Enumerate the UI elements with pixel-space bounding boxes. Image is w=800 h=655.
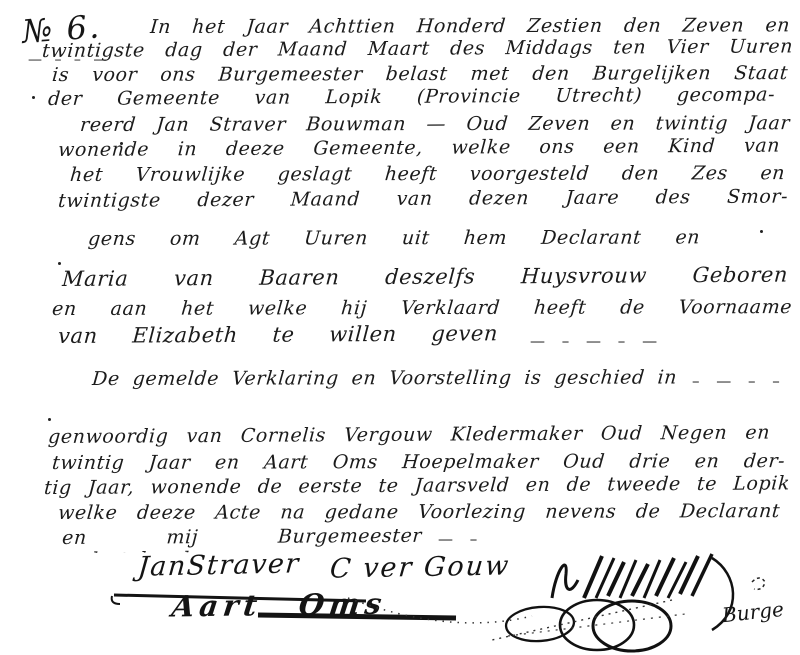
body-line: Maria van Baaren deszelfs Huysvrouw Gebo… — [61, 264, 789, 294]
burgemeester-signature-flourish — [340, 540, 795, 655]
declarant-signature: JanStraver — [137, 548, 301, 582]
body-line: der Gemeente van Lopik (Provincie Utrech… — [47, 84, 776, 114]
body-line: tig Jaar, wonende de eerste te Jaarsveld… — [43, 472, 791, 503]
body-line: en aan het welke hij Verklaard heeft de … — [51, 296, 793, 324]
scanned-document: № 6. — – – — In het Jaar Achttien Honder… — [0, 0, 800, 655]
ink-speck — [32, 96, 35, 99]
flourish-dashes: — – — – — — [530, 332, 663, 350]
body-line: De gemelde Verklaring en Voorstelling is… — [91, 366, 678, 394]
ink-speck — [120, 142, 123, 145]
body-line: gens om Agt Uuren uit hem Declarant en — [87, 226, 701, 254]
body-line: van Elizabeth te willen geven — [57, 322, 499, 351]
ink-speck — [58, 262, 61, 265]
body-line: twintigste dezer Maand van dezen Jaare d… — [57, 186, 789, 216]
flourish-dashes: – — – – — [692, 372, 786, 390]
body-line: genwoordig van Cornelis Vergouw Klederma… — [47, 422, 771, 452]
ink-speck — [760, 230, 763, 233]
body-line: welke deeze Acte na gedane Voorlezing ne… — [57, 500, 781, 528]
body-line: wonende in deeze Gemeente, welke ons een… — [57, 135, 781, 165]
ink-speck — [48, 418, 51, 421]
